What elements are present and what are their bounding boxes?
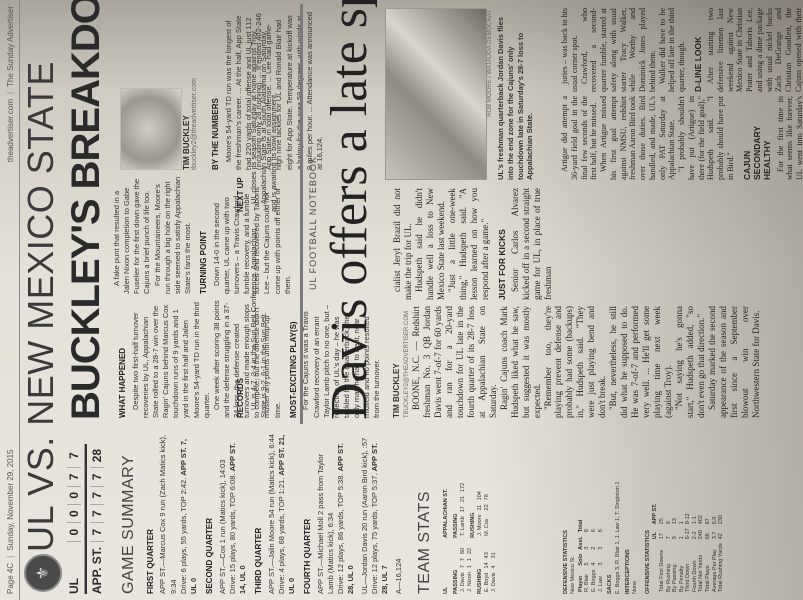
columnist-photo [120, 88, 182, 170]
score-row-app-st: APP. ST. 7 7 7 7 28 [85, 444, 107, 594]
notebook-col-2: cialist Jeryl Brazil did not make the tr… [392, 188, 554, 300]
fleur-de-lis-icon: ⚜ [24, 554, 62, 592]
page-number: Page 4C [6, 563, 15, 594]
game-summary: GAME SUMMARY First Quarter APP ST.—Marcu… [112, 434, 497, 594]
score-row-ul: UL 0 0 0 7 7 [64, 444, 85, 594]
paper-name: The Sunday Advertiser [6, 6, 15, 87]
notebook-col-3: Artigue did attempt a 36-yard field goal… [560, 96, 803, 180]
section-divider [300, 4, 303, 424]
app-st-stats: APPALACHIAN ST. Passing T. Lamb1721172 R… [440, 481, 498, 538]
scoreboard: UL 0 0 0 7 7 APP. ST. 7 7 7 7 28 [64, 444, 107, 594]
breakdown-bottom: RECORDS UL is 4-7, 3-4 in the Sun Belt C… [230, 18, 279, 418]
attendance: A—16,124 [394, 434, 404, 594]
page-header: Page 4C | Sunday, November 29, 2015 thea… [2, 0, 20, 600]
offensive-stats-table: ULAPP ST. Total First Downs1725 By Rushi… [652, 502, 725, 594]
newspaper-page: Page 4C | Sunday, November 29, 2015 thea… [0, 0, 803, 600]
ul-stats: UL Passing J. Davis7760 J. Nixon1122 Rus… [440, 546, 498, 594]
header-separator: | [6, 92, 15, 94]
page-date: Sunday, November 29, 2015 [6, 450, 15, 551]
notebook-col-1: TIM BUCKLEY TBUCKLEY2@THEADVERTISER.COM … [392, 306, 762, 418]
notebook-col-4: juries – was back to his usual corner sp… [560, 8, 803, 92]
header-separator: | [6, 556, 15, 558]
team-stats-heading: TEAM STATS [414, 434, 436, 594]
game-photo [385, 8, 487, 180]
notebook-headline: Davis offers a late spark [320, 0, 379, 420]
page-title: UL VS. NEW MEXICO STATE [20, 32, 62, 552]
notebook-kicker: UL FOOTBALL NOTEBOOK [308, 156, 318, 290]
stats-lower: DEFENSIVE STATISTICS New Mexico St. Play… [560, 424, 725, 594]
defensive-stats-table: PlayerSoloAsst.Total R. Blair538 E. Bogg… [578, 518, 604, 594]
breakdown-byline: TIM BUCKLEY tbuckley2@theadvertiser.com [182, 10, 198, 170]
game-summary-heading: GAME SUMMARY [118, 434, 140, 594]
photo-caption: UL's freshman quarterback Jordan Davis f… [496, 10, 535, 180]
site-name: theadvertiser.com [6, 99, 15, 162]
breakdown-headline: BUCKLEY'S BREAKDOWN [64, 10, 109, 420]
photo-credit: ROB MOORE / WATAUGA DEMOCRAT [487, 10, 493, 180]
